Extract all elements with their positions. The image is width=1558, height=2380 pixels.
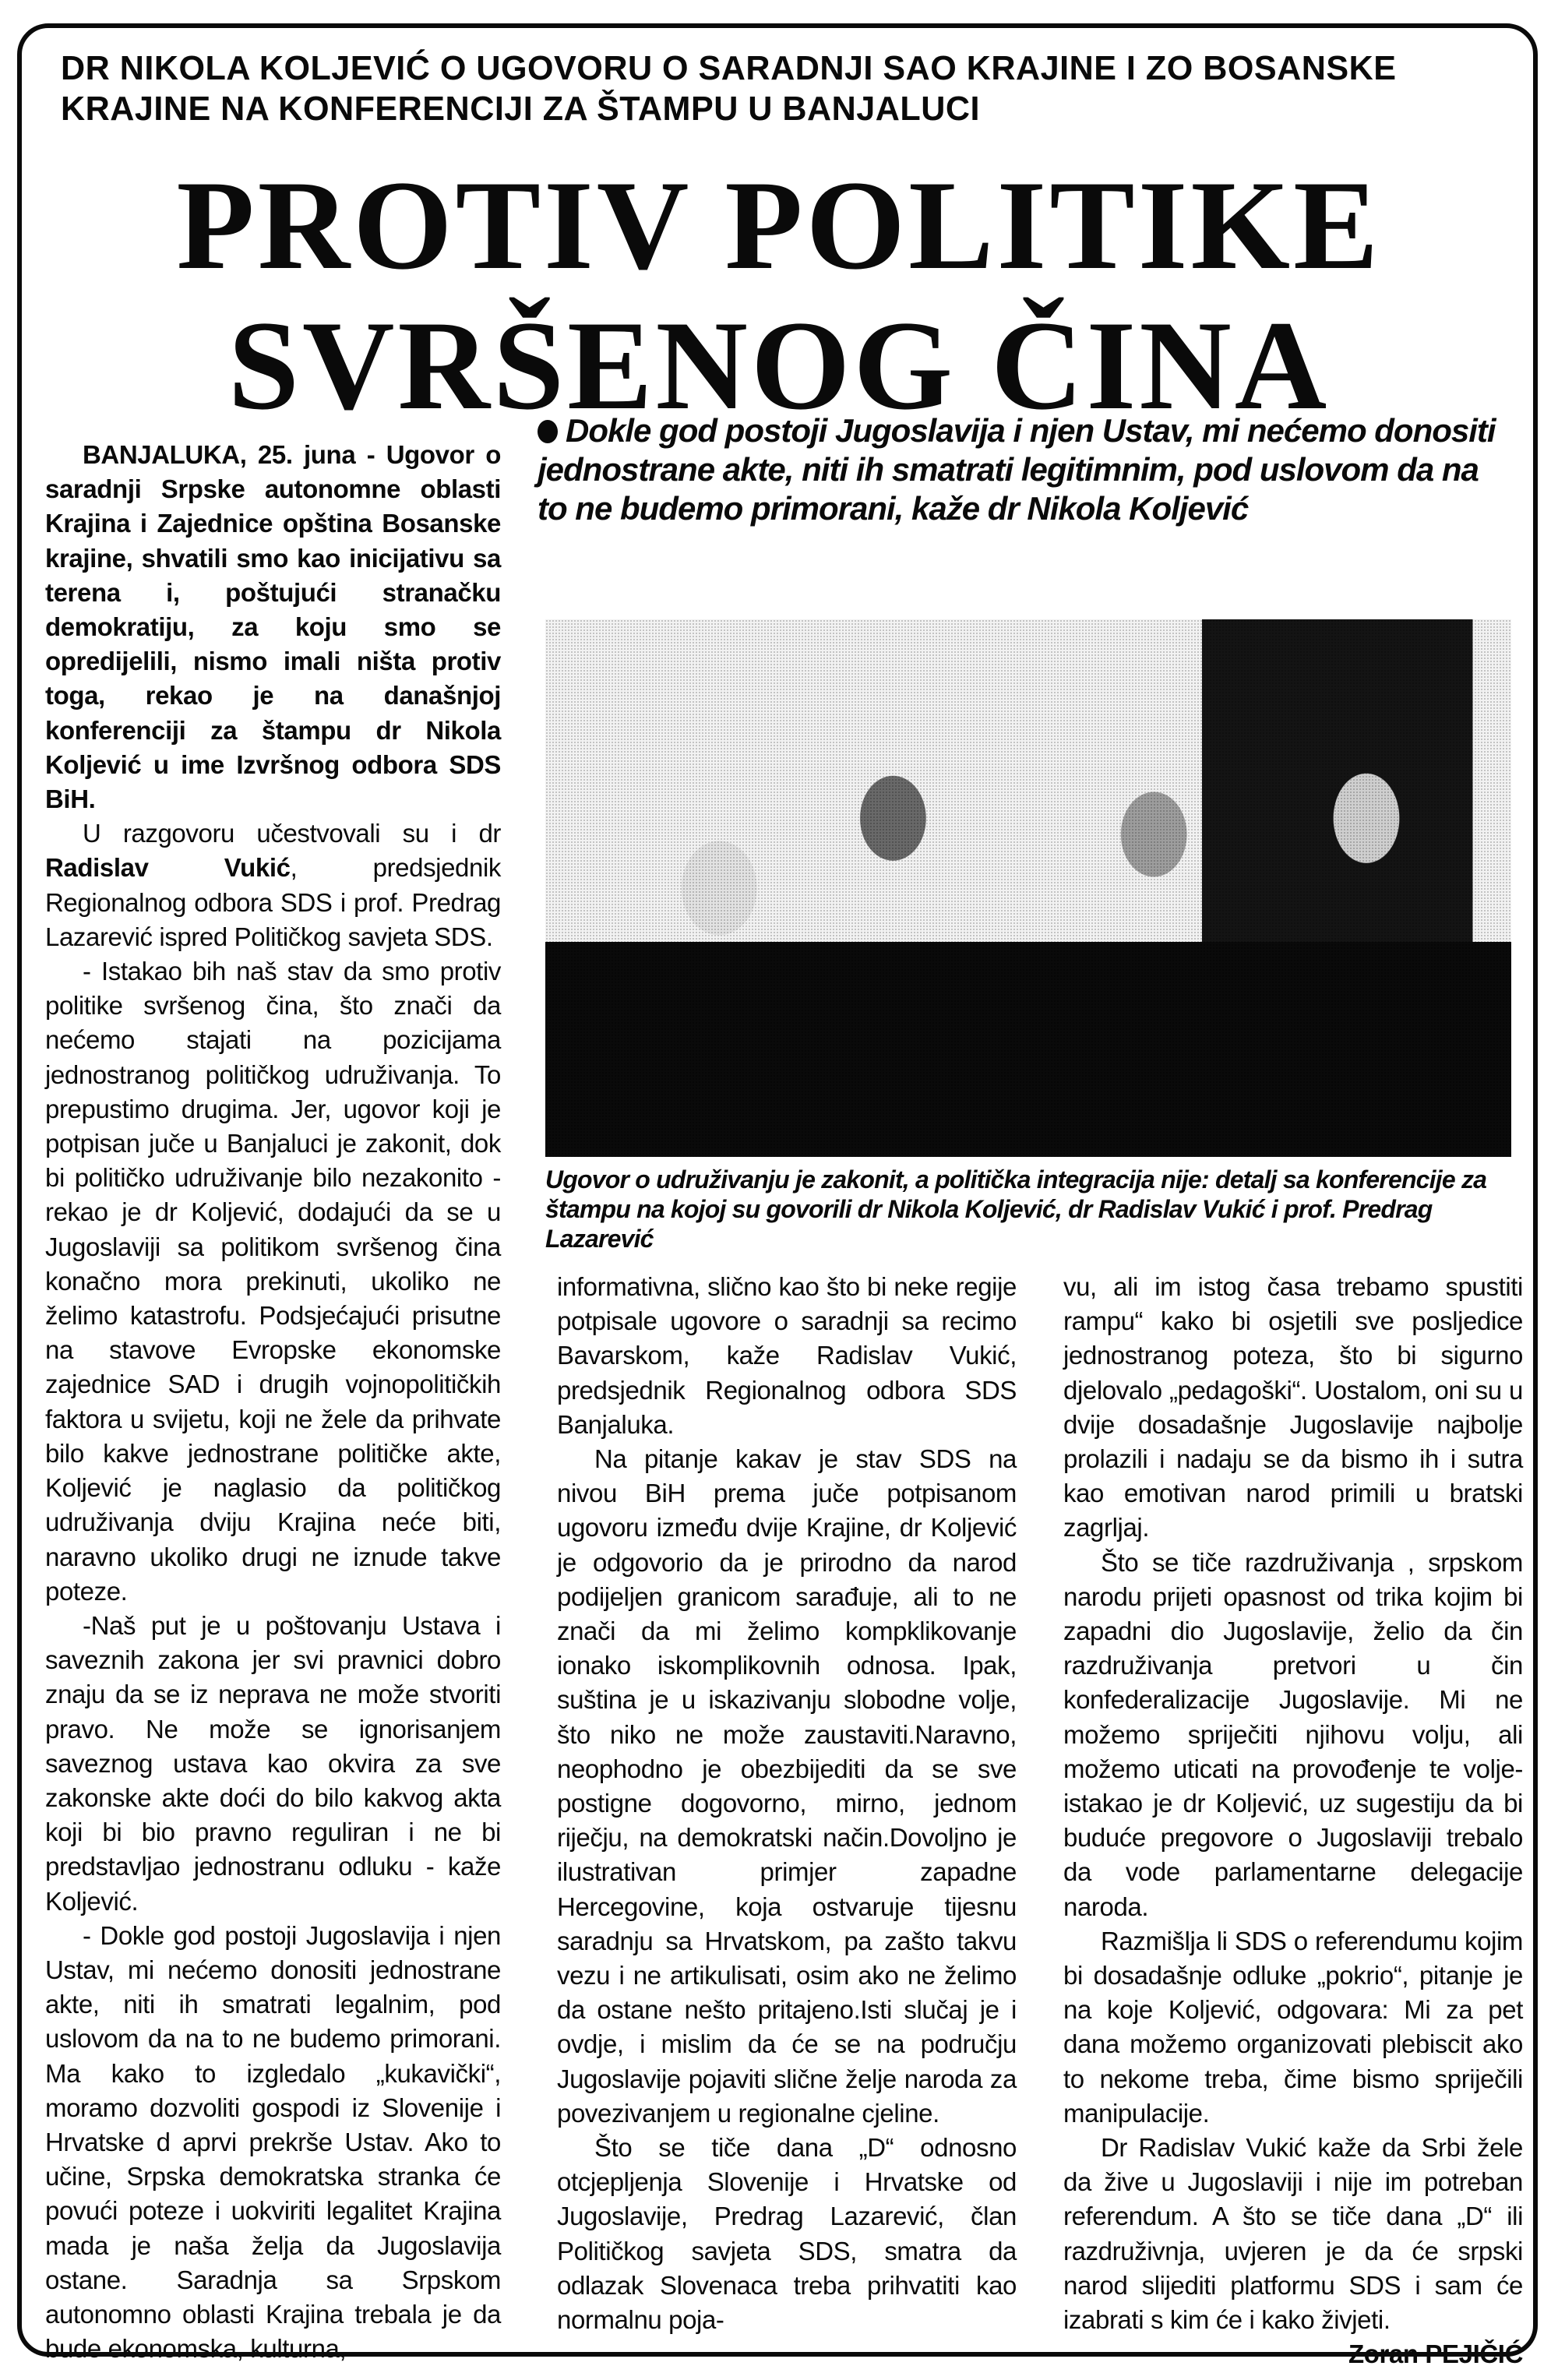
bullet-icon <box>538 420 558 443</box>
headline-line-1: PROTIV POLITIKE <box>47 156 1511 296</box>
article-headline: PROTIV POLITIKE SVRŠENOG ČINA <box>47 156 1511 436</box>
article-lead: Dokle god postoji Jugoslavija i njen Ust… <box>538 411 1511 528</box>
article-column-3: vu, ali im istog časa trebamo spustiti r… <box>1063 1270 1523 2372</box>
paragraph: U razgovoru učestvovali su i dr Radislav… <box>45 816 501 954</box>
paragraph-prefix: U razgovoru učestvovali su i dr <box>83 819 501 848</box>
article-kicker: DR NIKOLA KOLJEVIĆ O UGOVORU O SARADNJI … <box>61 48 1481 129</box>
article-column-1: BANJALUKA, 25. juna - Ugovor o saradnji … <box>45 438 501 2366</box>
author-byline: Zoran PEJIČIĆ <box>1063 2337 1523 2371</box>
press-conference-photo <box>545 619 1511 1157</box>
article-column-2: informativna, slično kao što bi neke reg… <box>557 1270 1017 2337</box>
paragraph: - Istakao bih naš stav da smo protiv pol… <box>45 954 501 1609</box>
photo-caption: Ugovor o udruživanju je zakonit, a polit… <box>545 1165 1511 1253</box>
paragraph: Što se tiče razdruživanja , srpskom naro… <box>1063 1546 1523 1924</box>
paragraph: Razmišlja li SDS o referendumu kojim bi … <box>1063 1924 1523 2131</box>
dateline-paragraph: BANJALUKA, 25. juna - Ugovor o saradnji … <box>45 438 501 816</box>
paragraph: vu, ali im istog časa trebamo spustiti r… <box>1063 1270 1523 1546</box>
paragraph: informativna, slično kao što bi neke reg… <box>557 1270 1017 1442</box>
paragraph: Na pitanje kakav je stav SDS na nivou Bi… <box>557 1442 1017 2131</box>
person-name: Radislav Vukić <box>45 853 291 882</box>
paragraph: -Naš put je u poštovanju Ustava i savezn… <box>45 1609 501 1919</box>
paragraph: - Dokle god postoji Jugoslavija i njen U… <box>45 1919 501 2367</box>
paragraph: Što se tiče dana „D“ odnosno otcjepljenj… <box>557 2131 1017 2337</box>
paragraph: Dr Radislav Vukić kaže da Srbi žele da ž… <box>1063 2131 1523 2337</box>
lead-text: Dokle god postoji Jugoslavija i njen Ust… <box>538 412 1496 527</box>
